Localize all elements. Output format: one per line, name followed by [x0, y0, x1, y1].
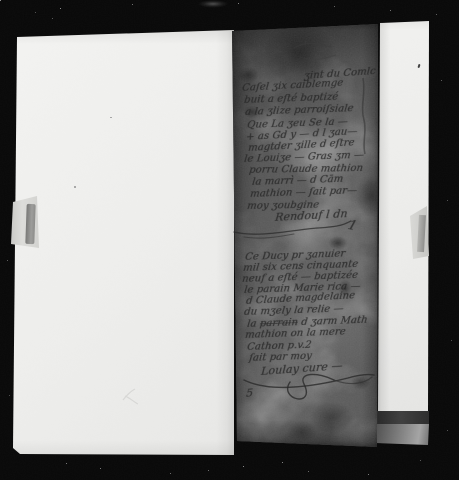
left-page-clip: [11, 196, 39, 250]
scanner-smudge: [198, 0, 228, 13]
page-edge-below: [374, 424, 429, 445]
blank-left-page: [13, 30, 234, 456]
tab-bar: [417, 215, 426, 252]
signature-flourish: [238, 366, 380, 410]
entry1-flourish: [230, 214, 355, 240]
ghost-strokes: [292, 38, 344, 64]
ink-fleck: [110, 117, 112, 118]
pencil-scratch: [121, 388, 141, 406]
clip-bar: [25, 204, 35, 244]
ink-fleck: [74, 186, 76, 188]
handwriting-line: porru Claude mathion: [248, 163, 363, 176]
film-grain-speckles: [0, 0, 1, 1]
archival-scan: ʒint du ComlcCaſel ʒix caiblemgebuit a e…: [0, 0, 459, 480]
edge-crack: [356, 70, 376, 160]
